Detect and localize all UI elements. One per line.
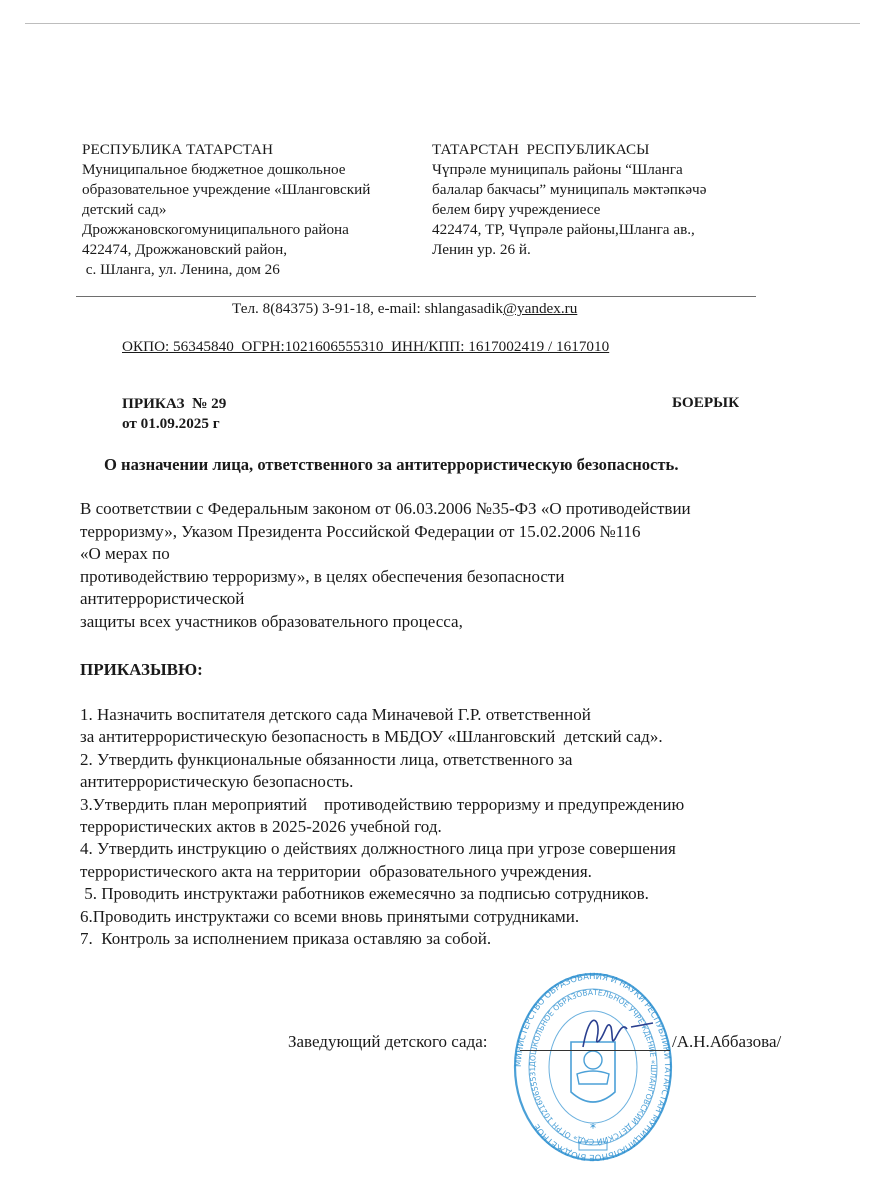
preamble-line: антитеррористической — [80, 588, 820, 611]
preamble-line: «О мерах по — [80, 543, 820, 566]
preamble-line: защиты всех участников образовательного … — [80, 611, 820, 634]
decree-item-line: 3.Утвердить план мероприятий противодейс… — [80, 794, 684, 816]
header-left-line: 422474, Дрожжановский район, — [82, 240, 422, 260]
decree-item-line: 6.Проводить инструктажи со всеми вновь п… — [80, 906, 684, 928]
order-date: от 01.09.2025 г — [122, 414, 226, 434]
header-left-line: детский сад» — [82, 200, 422, 220]
contact-phone-email: Тел. 8(84375) 3-91-18, e-mail: shlangasa… — [232, 300, 503, 317]
decree-item-line: 1. Назначить воспитателя детского сада М… — [80, 704, 684, 726]
decree-item-line: 2. Утвердить функциональные обязанности … — [80, 749, 684, 771]
svg-text:*: * — [590, 1121, 596, 1135]
header-left-line: образовательное учреждение «Шланговский — [82, 180, 422, 200]
signature-scribble-icon — [575, 1005, 655, 1055]
decree-heading: ПРИКАЗЫВЮ: — [80, 660, 203, 680]
preamble-line: противодействию терроризму», в целях обе… — [80, 566, 820, 589]
official-stamp-icon: МИНИСТЕРСТВО ОБРАЗОВАНИЯ И НАУКИ РЕСПУБЛ… — [513, 972, 673, 1162]
preamble-line: терроризму», Указом Президента Российско… — [80, 521, 820, 544]
signature-line — [520, 1050, 670, 1051]
order-label-tatar: БОЕРЫК — [672, 394, 739, 412]
document-title: О назначении лица, ответственного за ант… — [104, 455, 679, 475]
header-left-line: Дрожжановскогомуниципального района — [82, 220, 422, 240]
registration-codes: ОКПО: 56345840 ОГРН:1021606555310 ИНН/КП… — [122, 338, 609, 356]
decree-item-line: антитеррористическую безопасность. — [80, 771, 684, 793]
signatory-name: /А.Н.Аббазова/ — [672, 1032, 781, 1052]
decree-items: 1. Назначить воспитателя детского сада М… — [80, 704, 684, 950]
header-left-line: Муниципальное бюджетное дошкольное — [82, 160, 422, 180]
order-number: ПРИКАЗ № 29 — [122, 394, 226, 414]
decree-item-line: террористических актов в 2025-2026 учебн… — [80, 816, 684, 838]
header-left-line: РЕСПУБЛИКА ТАТАРСТАН — [82, 140, 422, 160]
header-right-line: 422474, ТР, Чүпрәле районы,Шланга ав., — [432, 220, 792, 240]
header-right-line: Чүпрәле муниципаль районы “Шланга — [432, 160, 792, 180]
decree-item-line: террористического акта на территории обр… — [80, 861, 684, 883]
decree-item-line: за антитеррористическую безопасность в М… — [80, 726, 684, 748]
header-left-russian: РЕСПУБЛИКА ТАТАРСТАН Муниципальное бюдже… — [82, 140, 422, 280]
signatory-position: Заведующий детского сада: — [288, 1032, 487, 1052]
decree-item-line: 5. Проводить инструктажи работников ежем… — [80, 883, 684, 905]
header-left-line: с. Шланга, ул. Ленина, дом 26 — [82, 260, 422, 280]
decree-item-line: 7. Контроль за исполнением приказа остав… — [80, 928, 684, 950]
order-number-block: ПРИКАЗ № 29 от 01.09.2025 г — [122, 394, 226, 434]
email-link[interactable]: @yandex.ru — [503, 300, 577, 317]
header-divider — [76, 296, 756, 297]
header-right-tatar: ТАТАРСТАН РЕСПУБЛИКАСЫ Чүпрәле муниципал… — [432, 140, 792, 260]
preamble: В соответствии с Федеральным законом от … — [80, 498, 820, 633]
header-right-line: Ленин ур. 26 й. — [432, 240, 792, 260]
preamble-line: В соответствии с Федеральным законом от … — [80, 498, 820, 521]
decree-item-line: 4. Утвердить инструкцию о действиях долж… — [80, 838, 684, 860]
contact-line: Тел. 8(84375) 3-91-18, e-mail: shlangasa… — [232, 300, 577, 318]
header-right-line: ТАТАРСТАН РЕСПУБЛИКАСЫ — [432, 140, 792, 160]
header-right-line: белем бирү учреждениесе — [432, 200, 792, 220]
header-right-line: балалар бакчасы” муниципаль мәктәпкәчә — [432, 180, 792, 200]
page-top-rule — [25, 23, 860, 24]
